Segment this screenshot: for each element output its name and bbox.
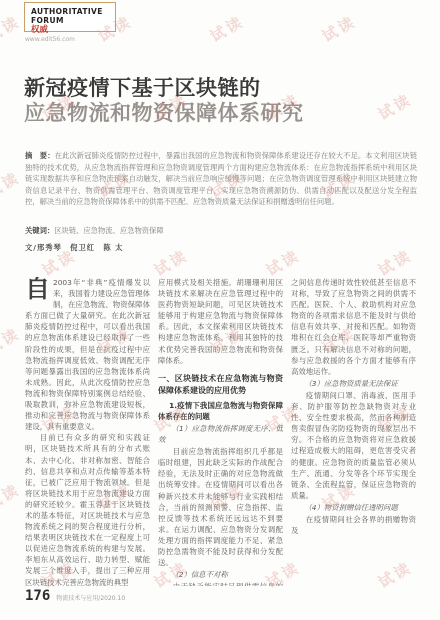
- list-item-heading: （4）物资捐赠信任透明问题: [291, 502, 416, 513]
- journal-name: 物流技术与应用/2020.10: [56, 593, 125, 602]
- article-title-line2: 应急物流和物资保障体系研究: [24, 101, 304, 126]
- body-paragraph: 由于缺乏能实时呈现供需信息的平台来统筹应急物资的运输调配，各级: [158, 581, 283, 586]
- trial-read-watermark: 试读: [262, 244, 304, 280]
- body-paragraph: 目前已有众多的研究和实践证明，区块链技术所具有的分布式账本、去中心化、非对称加密…: [25, 432, 150, 586]
- body-column-3: 之间信息传递时效性较低甚至信息不对称，导致了应急物资之间的供需不匹配。医院、个人…: [291, 277, 416, 586]
- trial-read-watermark: 试读: [150, 244, 192, 280]
- body-paragraph: 应用模式及相关措施。胡珊珊利用区块链技术来解决在应急管理过程中的医药物资短缺问题…: [158, 277, 283, 366]
- body-paragraph: 在疫情期间社会各界的捐赠物资及: [291, 514, 416, 536]
- list-item-heading: （3）应急物资质量无法保证: [291, 378, 416, 389]
- keywords: 关键词：区块链、应急物流、应急物资保障: [25, 226, 417, 236]
- keywords-label: 关键词：: [25, 226, 54, 235]
- sub-heading: 1.疫情下我国应急物流与物资保障体系存在的问题: [158, 400, 283, 422]
- abstract-label: 摘 要：: [25, 151, 55, 160]
- byline: 文/邢秀琴 倪卫红 陈 太: [25, 243, 123, 253]
- abstract-text: 在此次新冠肺炎疫情防控过程中，暴露出我国的应急物流和物资保障体系建设还存在较大不…: [25, 151, 417, 206]
- paper-page: 试读试读试读试读试读试读试读试读试读试读试读试读试读试读试读试读试读试读试读试读…: [0, 0, 440, 620]
- badge-english-label: AUTHORITATIVE FORUM: [31, 7, 115, 25]
- article-body: 自2003年“非典”疫情爆发以来，我国着力建设应急管理体制，在应急物流、物资保障…: [25, 277, 417, 586]
- body-paragraph: 目前应急物流指挥组织几乎都是临时组建，因此缺乏实际的作战配合经验，无法及时正确的…: [158, 446, 283, 568]
- list-item-heading: （2）信息不对称: [158, 569, 283, 580]
- trial-read-watermark: 试读: [206, 10, 248, 46]
- body-column-1: 自2003年“非典”疫情爆发以来，我国着力建设应急管理体制，在应急物流、物资保障…: [25, 277, 150, 586]
- section-heading: 一、区块链技术在应急物流与物资保障体系建设的应用优势: [158, 373, 283, 397]
- trial-read-watermark: 试读: [0, 478, 24, 514]
- trial-read-watermark: 试读: [374, 88, 416, 124]
- body-paragraph: 疫情期间口罩、消毒液、医用手套、防护服等防控急缺物资对专业性、安全性要求极高，然…: [291, 390, 416, 501]
- trial-read-watermark: 试读: [0, 166, 24, 202]
- body-paragraph: 之间信息传递时效性较低甚至信息不对称，导致了应急物资之间的供需不匹配。医院、个人…: [291, 277, 416, 377]
- trial-read-watermark: 试读: [0, 322, 24, 358]
- article-title: 新冠疫情下基于区块链的 应急物流和物资保障体系研究: [24, 76, 304, 126]
- site-url: www.edit56.com: [25, 36, 75, 43]
- trial-read-watermark: 试读: [318, 10, 360, 46]
- badge-chinese-label: 权威: [31, 25, 115, 36]
- page-footer: 176 物流技术与应用/2020.10: [25, 588, 125, 604]
- list-item-heading: （1）应急物流指挥调度无序、低效: [158, 423, 283, 445]
- body-paragraph: 自2003年“非典”疫情爆发以来，我国着力建设应急管理体制，在应急物流、物资保障…: [25, 277, 150, 432]
- article-title-line1: 新冠疫情下基于区块链的: [24, 76, 304, 101]
- keywords-text: 区块链、应急物流、应急物资保障: [54, 226, 163, 235]
- trial-read-watermark: 试读: [374, 244, 416, 280]
- body-column-2: 应用模式及相关措施。胡珊珊利用区块链技术来解决在应急管理过程中的医药物资短缺问题…: [158, 277, 283, 586]
- abstract: 摘 要：在此次新冠肺炎疫情防控过程中，暴露出我国的应急物流和物资保障体系建设还存…: [25, 150, 417, 208]
- authoritative-forum-badge: AUTHORITATIVE FORUM 权威: [24, 2, 116, 32]
- trial-read-watermark: 试读: [0, 10, 24, 46]
- drop-cap: 自: [25, 277, 53, 300]
- page-number: 176: [25, 588, 50, 604]
